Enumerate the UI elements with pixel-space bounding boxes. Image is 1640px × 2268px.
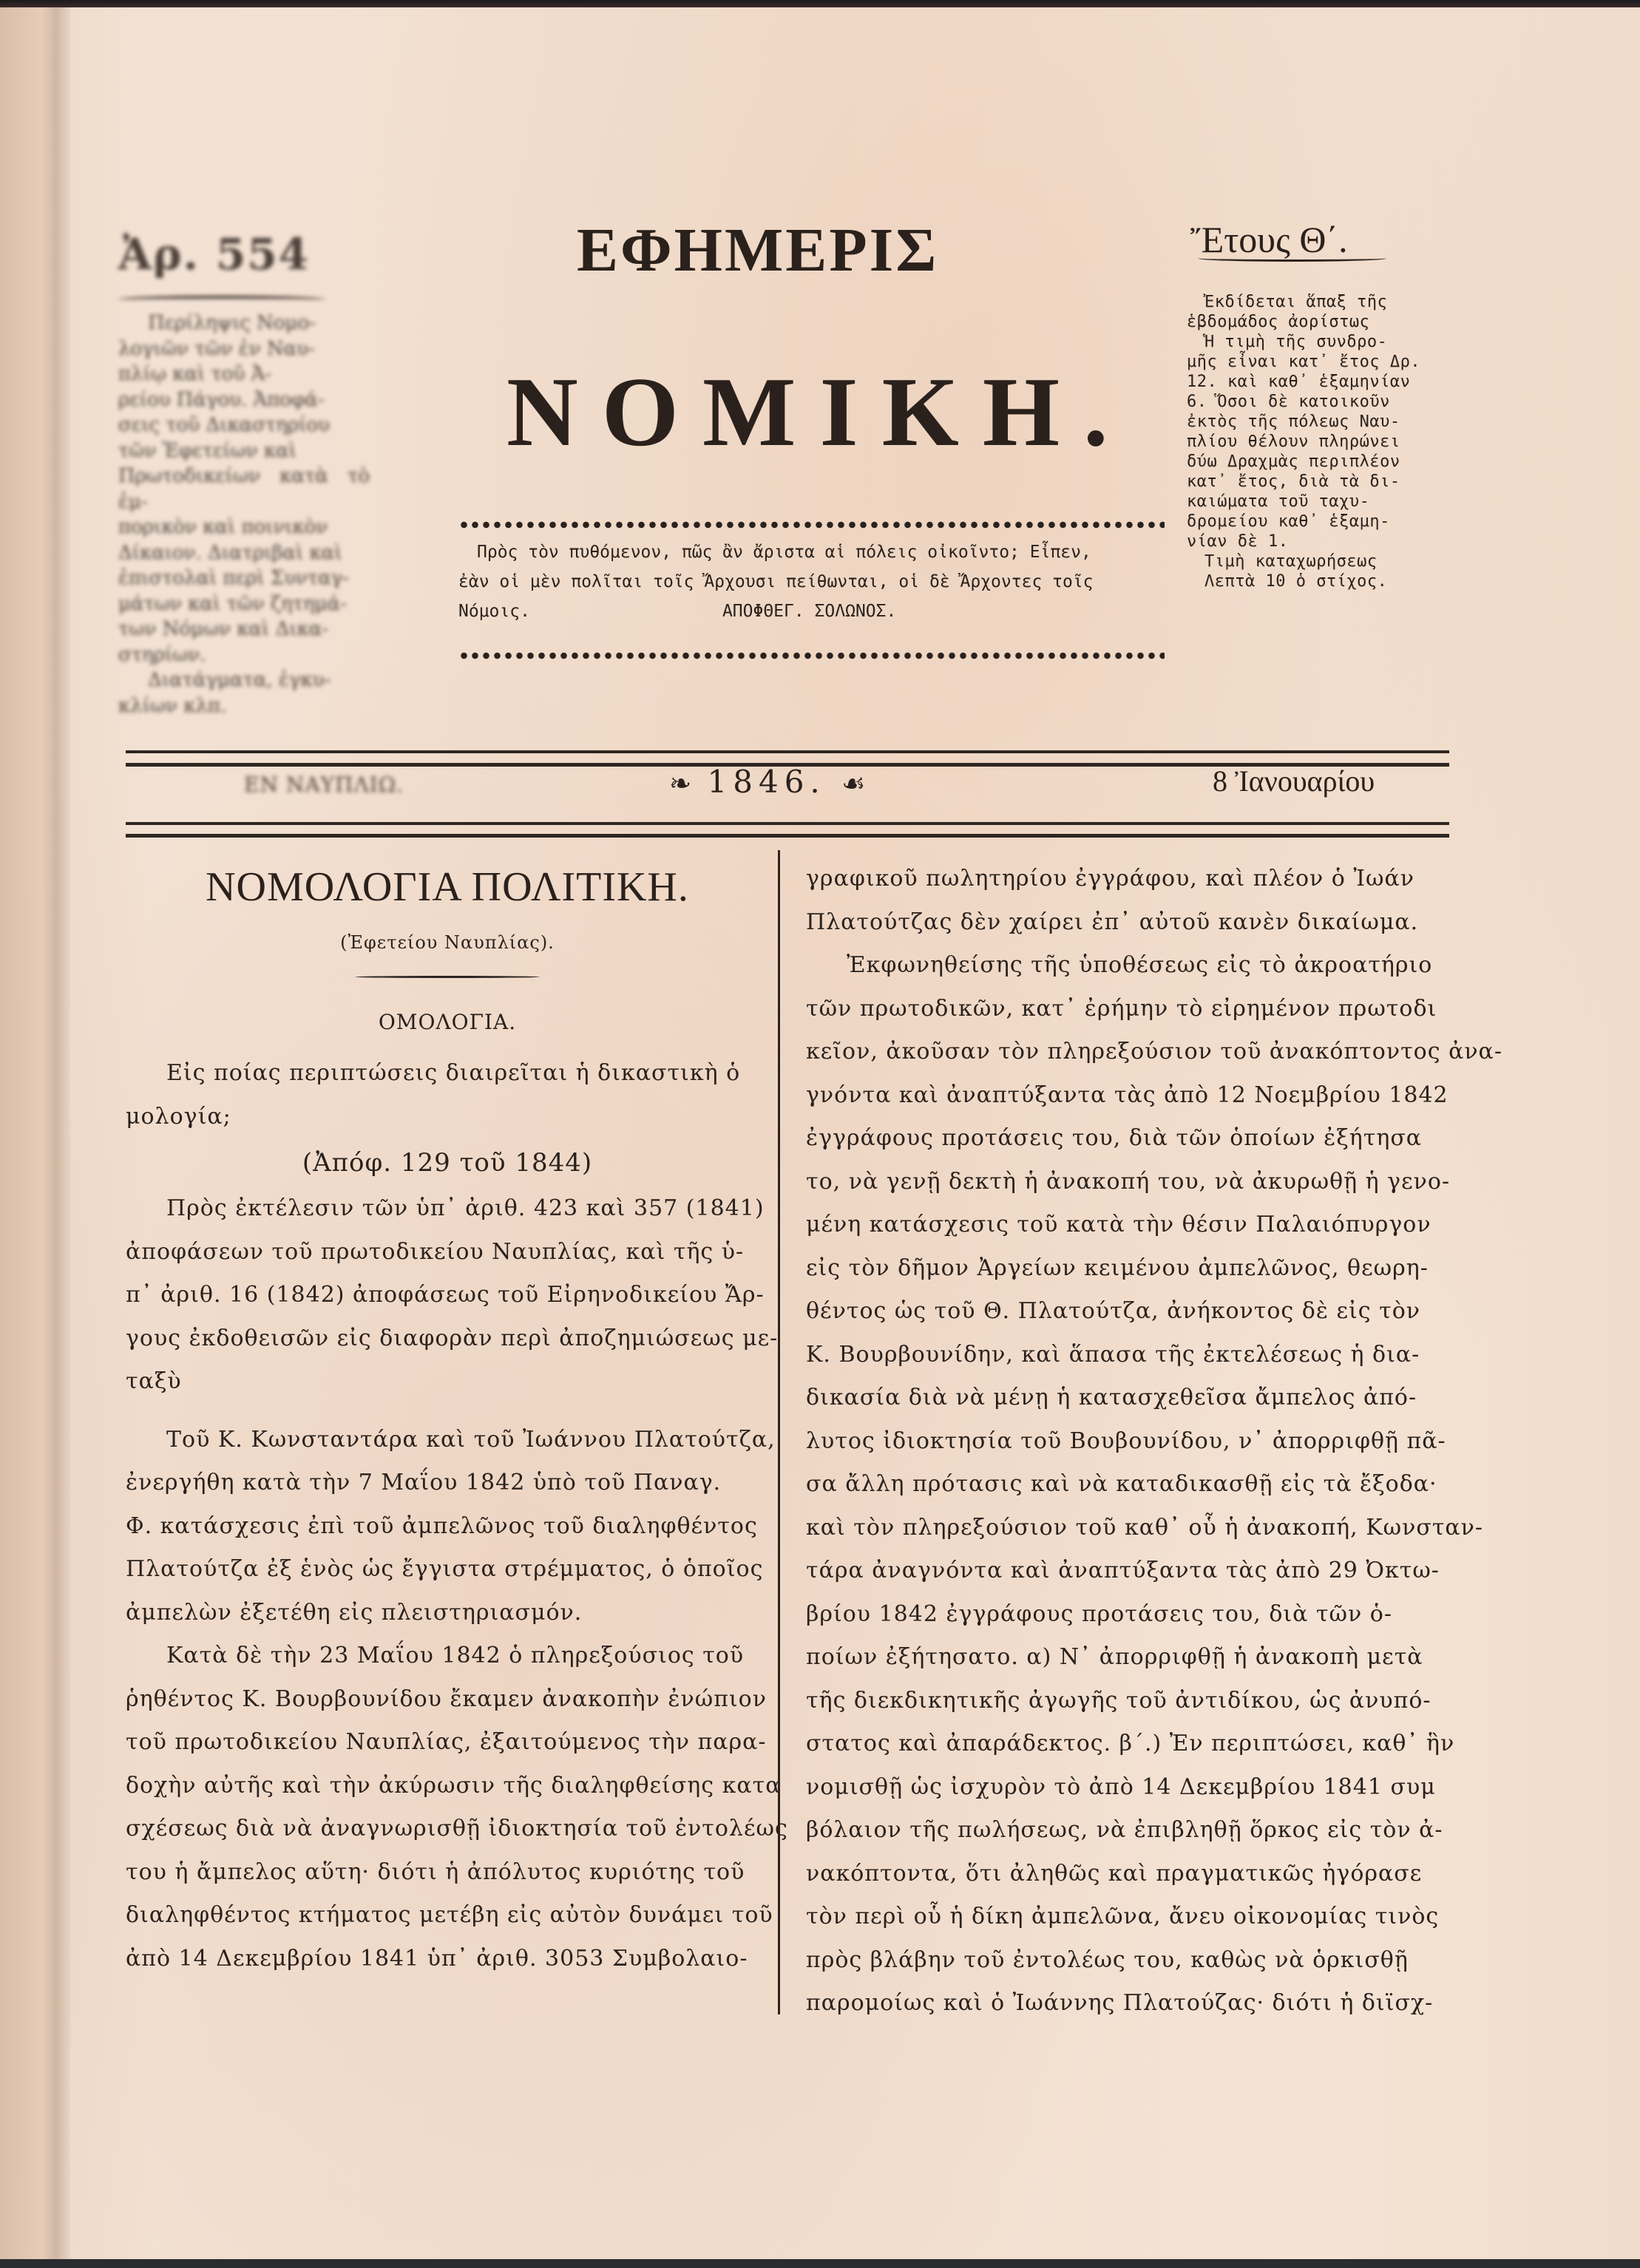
book-spine-shadow — [0, 7, 70, 2259]
dotted-rule-bottom — [458, 652, 1165, 659]
body-line: Πρὸς ἐκτέλεσιν τῶν ὑπ᾽ ἀριθ. 423 καὶ 357… — [126, 1187, 769, 1231]
body-line: θέντος ὡς τοῦ Θ. Πλατούτζα, ἀνήκοντος δὲ… — [806, 1290, 1457, 1334]
sidebar-line: λογιῶν τῶν ἐν Ναυ- — [118, 336, 370, 362]
body-line: γνόντα καὶ ἀναπτύξαντα τὰς ἀπὸ 12 Νοεμβρ… — [806, 1074, 1457, 1118]
subscription-line: Ἡ τιμὴ τῆς συνδρο- — [1187, 332, 1457, 352]
body-line: διαληφθέντος κτήματος μετέβη εἰς αὐτὸν δ… — [126, 1894, 769, 1938]
body-line: Κ. Βουρβουνίδην, καὶ ἅπασα τῆς ἐκτελέσεω… — [806, 1334, 1457, 1377]
double-rule-bottom-1 — [126, 822, 1449, 825]
sidebar-line: μάτων καὶ τῶν ζητημά- — [118, 591, 370, 617]
subscription-line: δύω Δραχμὰς περιπλέον — [1187, 452, 1457, 472]
masthead-title-line2: ΝΟΜΙΚΗ. — [506, 355, 1132, 469]
body-line: κεῖον, ἀκοῦσαν τὸν πληρεξούσιον τοῦ ἀνακ… — [806, 1031, 1457, 1074]
subscription-line: πλίου θέλουν πληρώνει — [1187, 432, 1457, 452]
motto-line: Πρὸς τὸν πυθόμενον, πῶς ἂν ἄριστα αἱ πόλ… — [458, 537, 1161, 567]
body-line: γραφικοῦ πωλητηρίου ἐγγράφου, καὶ πλέον … — [806, 858, 1457, 901]
body-line: παρομοίως καὶ ὁ Ἰωάννης Πλατούζας· διότι… — [806, 1982, 1457, 2026]
subscription-line: ἐκτὸς τῆς πόλεως Ναυ- — [1187, 412, 1457, 432]
section-separator — [355, 976, 540, 978]
sidebar-line: Περίληψις Νομο- — [118, 310, 370, 336]
body-line: Πλατούτζα ἐξ ἑνὸς ὡς ἔγγιστα στρέμματος,… — [126, 1548, 769, 1592]
body-line: βόλαιον τῆς πωλήσεως, νὰ ἐπιβληθῇ ὅρκος … — [806, 1809, 1457, 1853]
case-reference: (Ἀπόφ. 129 τοῦ 1844) — [126, 1138, 769, 1187]
sidebar-line: των Νόμων καὶ Δικα- — [118, 617, 370, 642]
article-column-left: ΝΟΜΟΛΟΓΙΑ ΠΟΛΙΤΙΚΗ. (Ἐφετείου Ναυπλίας).… — [126, 858, 769, 1980]
sidebar-line: ἐπιστολαὶ περὶ Συνταγ- — [118, 566, 370, 591]
dateline-year: ❧ 1846. ☙ — [669, 764, 865, 800]
section-title: ΝΟΜΟΛΟΓΙΑ ΠΟΛΙΤΙΚΗ. — [126, 858, 769, 917]
article-heading: ΟΜΟΛΟΓΙΑ. — [126, 1000, 769, 1045]
issue-number: Ἀρ. 554 — [118, 229, 310, 279]
body-line: βρίου 1842 ἐγγράφους προτάσεις του, διὰ … — [806, 1593, 1457, 1637]
body-line: του ἡ ἄμπελος αὕτη· διότι ἡ ἀπόλυτος κυρ… — [126, 1851, 769, 1895]
motto-attribution: ΑΠΟΦΘΕΓ. ΣΟΛΩΝΟΣ. — [722, 597, 896, 626]
body-line: πρὸς βλάβην τοῦ ἐντολέως του, καθὼς νὰ ὁ… — [806, 1939, 1457, 1983]
bottom-edge — [0, 2259, 1640, 2268]
subscription-info: Ἐκδίδεται ἅπαξ τῆς ἑβδομάδος ἀορίστως Ἡ … — [1187, 292, 1457, 591]
body-line: σχέσεως διὰ νὰ ἀναγνωρισθῇ ἰδιοκτησία το… — [126, 1807, 769, 1851]
court-name: (Ἐφετείου Ναυπλίας). — [126, 917, 769, 968]
body-line: ποίων ἐξήτησατο. α) Ν᾽ ἀπορριφθῇ ἡ ἀνακο… — [806, 1636, 1457, 1680]
issue-ornament — [118, 296, 325, 303]
sidebar-line: στηρίων. — [118, 642, 370, 668]
motto-line: ἐὰν οἱ μὲν πολῖται τοῖς Ἄρχουσι πείθωντα… — [458, 567, 1161, 597]
body-line: δικασία διὰ νὰ μένῃ ἡ κατασχεθεῖσα ἄμπελ… — [806, 1376, 1457, 1420]
body-line: ἀποφάσεων τοῦ πρωτοδικείου Ναυπλίας, καὶ… — [126, 1231, 769, 1274]
sidebar-line: Πρωτοδικείων κατὰ τὸ ἐμ- — [118, 464, 370, 515]
subscription-line: νίαν δὲ 1. — [1187, 532, 1457, 551]
body-line: δοχὴν αὐτῆς καὶ τὴν ἀκύρωσιν τῆς διαληφθ… — [126, 1765, 769, 1808]
sidebar-note: Περίληψις Νομο- λογιῶν τῶν ἐν Ναυ- πλίῳ … — [118, 310, 370, 719]
subscription-line: καιώματα τοῦ ταχυ- — [1187, 492, 1457, 512]
body-line: μένη κατάσχεσις τοῦ κατὰ τὴν θέσιν Παλαι… — [806, 1203, 1457, 1247]
question-line: Εἰς ποίας περιπτώσεις διαιρεῖται ἡ δικασ… — [126, 1052, 769, 1096]
body-line: ταξὺ — [126, 1360, 769, 1404]
subscription-line: 6. Ὅσοι δὲ κατοικοῦν — [1187, 392, 1457, 412]
body-line: Πλατούτζας δὲν χαίρει ἐπ᾽ αὐτοῦ κανὲν δι… — [806, 901, 1457, 945]
sidebar-line: πορικὸν καὶ ποινικὸν — [118, 515, 370, 540]
body-line: ῥηθέντος Κ. Βουρβουνίδου ἔκαμεν ἀνακοπὴν… — [126, 1678, 769, 1722]
sidebar-line: σεις τοῦ Δικαστηρίου — [118, 412, 370, 438]
body-line: ἀμπελὼν ἐξετέθη εἰς πλειστηριασμόν. — [126, 1592, 769, 1635]
question-line: μολογία; — [126, 1096, 769, 1139]
body-line: νομισθῇ ὡς ἰσχυρὸν τὸ ἀπὸ 14 Δεκεμβρίου … — [806, 1766, 1457, 1810]
body-line: το, νὰ γενῇ δεκτὴ ἡ ἀνακοπή του, νὰ ἀκυρ… — [806, 1161, 1457, 1204]
dateline-date: 8 Ἰανουαρίου — [1213, 764, 1375, 798]
dateline-place: ΕΝ ΝΑΥΠΛΙΩ. — [244, 773, 404, 797]
double-rule-top-1 — [126, 750, 1449, 753]
body-line: σα ἄλλη πρότασις καὶ νὰ καταδικασθῇ εἰς … — [806, 1463, 1457, 1507]
body-line: λυτος ἰδιοκτησία τοῦ Βουβουνίδου, ν᾽ ἀπο… — [806, 1420, 1457, 1464]
subscription-line: κατ᾽ ἔτος, διὰ τὰ δι- — [1187, 472, 1457, 492]
body-line: νακόπτοντα, ὅτι ἀληθῶς καὶ πραγματικῶς ἠ… — [806, 1853, 1457, 1896]
sidebar-line: πλίῳ καὶ τοῦ Ἀ- — [118, 361, 370, 387]
body-line: ἐνεργήθη κατὰ τὴν 7 Μαΐου 1842 ὑπὸ τοῦ Π… — [126, 1461, 769, 1505]
dotted-rule-top — [458, 521, 1165, 529]
body-line: ἀπὸ 14 Δεκεμβρίου 1841 ὑπ᾽ ἀριθ. 3053 Συ… — [126, 1938, 769, 1981]
fleuron-left-icon: ❧ — [669, 769, 691, 799]
body-line: Ἐκφωνηθείσης τῆς ὑποθέσεως εἰς τὸ ἀκροατ… — [806, 944, 1457, 988]
body-line: τῶν πρωτοδικῶν, κατ᾽ ἐρήμην τὸ εἰρημένον… — [806, 988, 1457, 1031]
body-line: Φ. κατάσχεσις ἐπὶ τοῦ ἀμπελῶνος τοῦ διαλ… — [126, 1505, 769, 1549]
body-line: καὶ τὸν πληρεξούσιον τοῦ καθ᾽ οὗ ἡ ἀνακο… — [806, 1507, 1457, 1550]
motto-line3: Νόμοις. — [458, 602, 530, 621]
sidebar-line: ρείου Πάγου. Ἀποφά- — [118, 387, 370, 413]
subscription-line: ἑβδομάδος ἀορίστως — [1187, 312, 1457, 332]
sidebar-line: Δίκαιον. Διατριβαὶ καὶ — [118, 540, 370, 566]
body-line: Κατὰ δὲ τὴν 23 Μαΐου 1842 ὁ πληρεξούσιος… — [126, 1634, 769, 1678]
body-line: τάρα ἀναγνόντα καὶ ἀναπτύξαντα τὰς ἀπὸ 2… — [806, 1549, 1457, 1593]
subscription-line: Λεπτὰ 10 ὁ στίχος. — [1187, 571, 1457, 591]
sidebar-line: κλίων κλπ. — [118, 693, 370, 719]
subscription-line: 12. καὶ καθ᾽ ἑξαμηνίαν — [1187, 372, 1457, 392]
body-line: στατος καὶ ἀπαράδεκτος. β΄.) Ἐν περιπτώσ… — [806, 1722, 1457, 1766]
masthead-title-line1: ΕΦΗΜΕΡΙΣ — [577, 214, 938, 286]
body-line: τοῦ πρωτοδικείου Ναυπλίας, ἐξαιτούμενος … — [126, 1721, 769, 1765]
body-line: π᾽ ἀριθ. 16 (1842) ἀποφάσεως τοῦ Εἰρηνοδ… — [126, 1274, 769, 1317]
body-line: Τοῦ Κ. Κωνσταντάρα καὶ τοῦ Ἰωάννου Πλατο… — [126, 1419, 769, 1462]
subscription-line: Τιμὴ καταχωρήσεως — [1187, 551, 1457, 571]
subscription-line: Ἐκδίδεται ἅπαξ τῆς — [1187, 292, 1457, 312]
dateline-year-value: 1846. — [708, 764, 826, 800]
body-line: εἰς τὸν δῆμον Ἀργείων κειμένου ἀμπελῶνος… — [806, 1247, 1457, 1291]
top-edge — [0, 0, 1640, 7]
sidebar-line: Διατάγματα, ἐγκυ- — [118, 668, 370, 693]
sidebar-line: τῶν Ἐφετείων καὶ — [118, 438, 370, 464]
fleuron-right-icon: ☙ — [841, 769, 865, 799]
body-line: γους ἐκδοθεισῶν εἰς διαφορὰν περὶ ἀποζημ… — [126, 1317, 769, 1361]
motto-line: Νόμοις.ΑΠΟΦΘΕΓ. ΣΟΛΩΝΟΣ. — [458, 597, 1161, 626]
double-rule-bottom-2 — [126, 834, 1449, 838]
body-line: τῆς διεκδικητικῆς ἀγωγῆς τοῦ ἀντιδίκου, … — [806, 1680, 1457, 1723]
year-ornament — [1198, 255, 1386, 262]
body-line: τὸν περὶ οὗ ἡ δίκη ἀμπελῶνα, ἄνευ οἰκονο… — [806, 1895, 1457, 1939]
subscription-line: δρομείου καθ᾽ ἑξαμη- — [1187, 512, 1457, 532]
body-line: ἐγγράφους προτάσεις του, διὰ τῶν ὁποίων … — [806, 1117, 1457, 1161]
subscription-line: μῆς εἶναι κατ᾽ ἔτος Δρ. — [1187, 352, 1457, 372]
article-column-right: γραφικοῦ πωλητηρίου ἐγγράφου, καὶ πλέον … — [806, 858, 1457, 2026]
motto: Πρὸς τὸν πυθόμενον, πῶς ἂν ἄριστα αἱ πόλ… — [458, 537, 1161, 626]
